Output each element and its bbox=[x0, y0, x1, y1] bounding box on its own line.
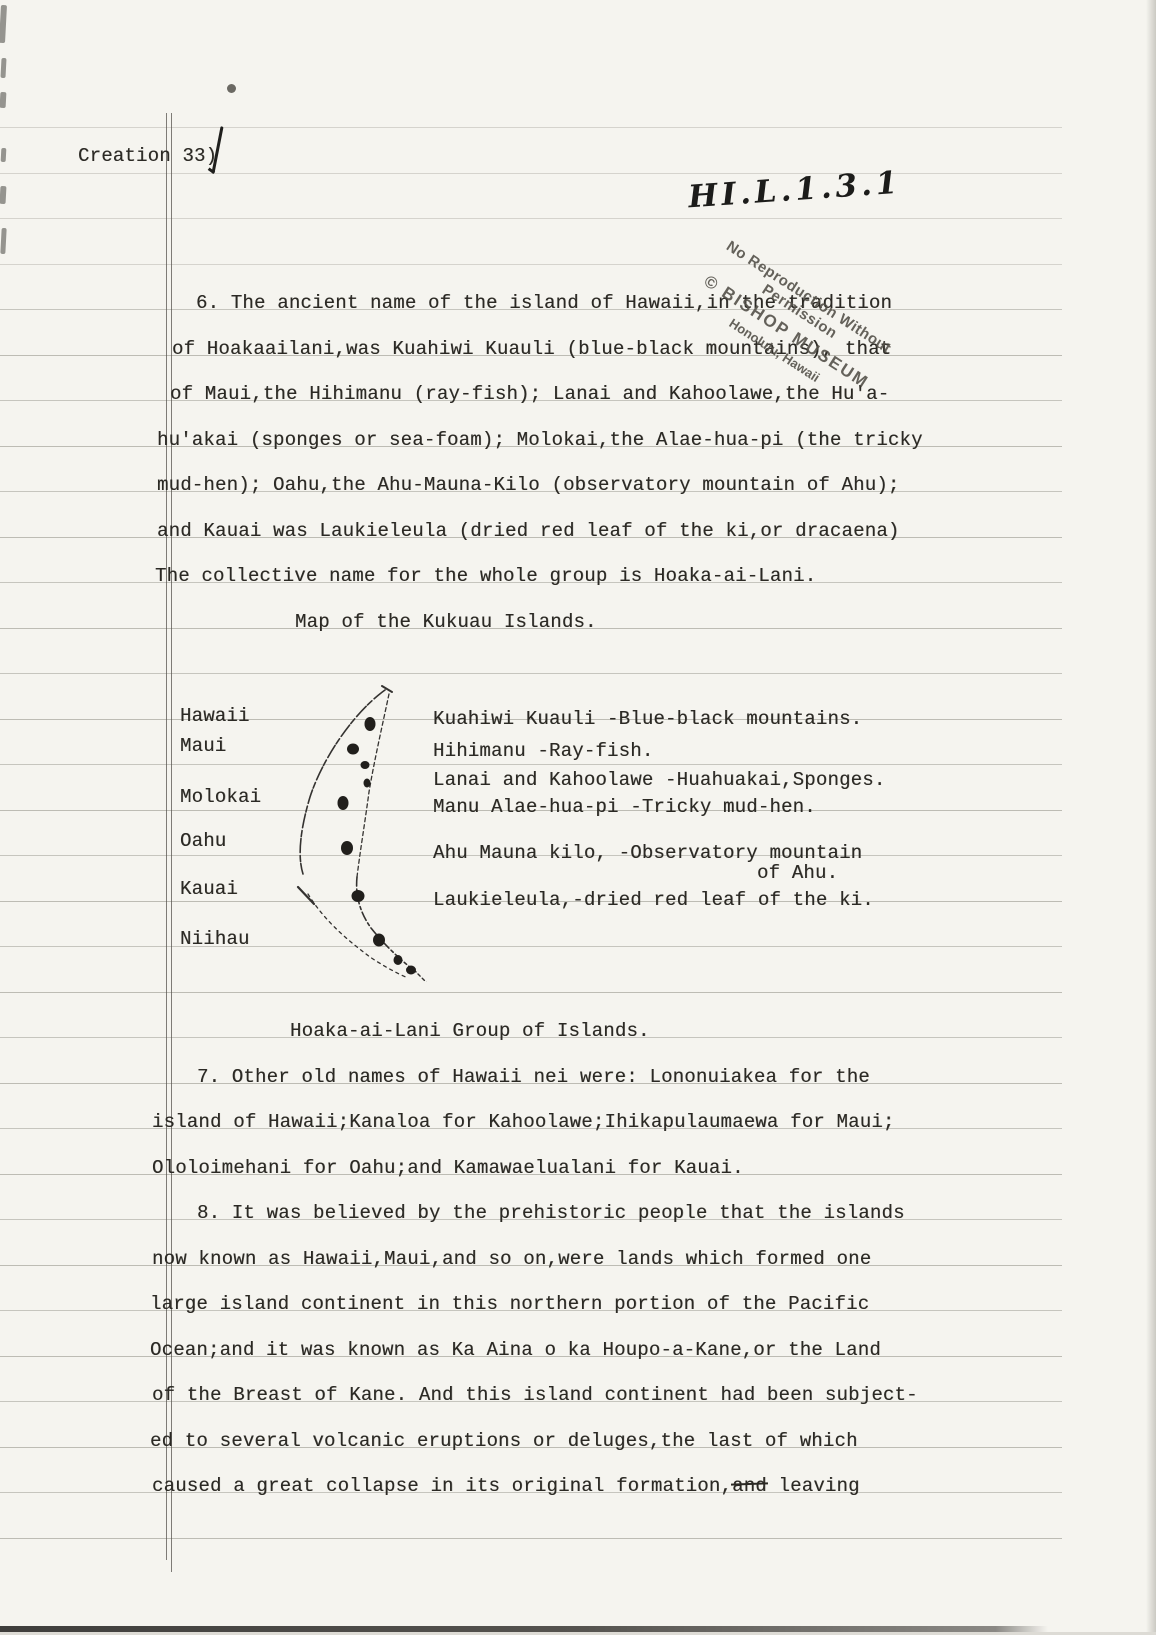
paragraph7-line: Ololoimehani for Oahu;and Kamawaelualani… bbox=[152, 1159, 744, 1178]
map-title: Map of the Kukuau Islands. bbox=[295, 613, 597, 632]
map-island-label: Niihau bbox=[180, 930, 250, 949]
map-island-label: Maui bbox=[180, 737, 226, 756]
paragraph8-line: Ocean;and it was known as Ka Aina o ka H… bbox=[150, 1341, 881, 1360]
map-island-description: of Ahu. bbox=[757, 864, 838, 883]
creation-header-label: Creation 33) bbox=[78, 147, 217, 166]
paragraph8-line: 8. It was believed by the prehistoric pe… bbox=[197, 1204, 905, 1223]
scan-dot-artifact bbox=[227, 84, 236, 93]
struck-word: and bbox=[732, 1475, 767, 1497]
map-island-description: Ahu Mauna kilo, -Observatory mountain bbox=[433, 844, 862, 863]
binding-edge-speckle bbox=[0, 186, 6, 204]
map-caption: Hoaka-ai-Lani Group of Islands. bbox=[290, 1022, 650, 1041]
map-island-description: Hihimanu -Ray-fish. bbox=[433, 742, 653, 761]
map-island-description: Manu Alae-hua-pi -Tricky mud-hen. bbox=[433, 798, 816, 817]
map-island-description: Kuahiwi Kuauli -Blue-black mountains. bbox=[433, 710, 862, 729]
paragraph8-last-line: caused a great collapse in its original … bbox=[152, 1477, 860, 1496]
island-dots bbox=[338, 717, 417, 975]
island-chain-map-drawing bbox=[270, 652, 435, 982]
page-right-edge-shadow bbox=[1146, 0, 1156, 1635]
scanned-manuscript-page: Creation 33) HI.L.1.3.1 6. The ancient n… bbox=[0, 0, 1156, 1635]
ruled-line bbox=[0, 1538, 1062, 1539]
ruled-line bbox=[0, 673, 1062, 674]
ruled-line bbox=[0, 946, 1062, 947]
paragraph6-line: of Maui,the Hihimanu (ray-fish); Lanai a… bbox=[170, 385, 889, 404]
ruled-line bbox=[0, 992, 1062, 993]
ruled-line bbox=[0, 127, 1062, 128]
paragraph6-line: The collective name for the whole group … bbox=[155, 567, 816, 586]
binding-edge-speckle bbox=[0, 58, 6, 78]
last-line-post: leaving bbox=[767, 1475, 860, 1497]
paragraph7-line: 7. Other old names of Hawaii nei were: L… bbox=[197, 1068, 870, 1087]
ruled-line bbox=[0, 764, 1062, 765]
map-island-description: Lanai and Kahoolawe -Huahuakai,Sponges. bbox=[433, 771, 885, 790]
paragraph7-line: island of Hawaii;Kanaloa for Kahoolawe;I… bbox=[152, 1113, 895, 1132]
paragraph8-line: large island continent in this northern … bbox=[150, 1295, 869, 1314]
ruled-line bbox=[0, 264, 1062, 265]
map-island-label: Hawaii bbox=[180, 707, 250, 726]
binding-edge-speckle bbox=[0, 92, 6, 108]
binding-edge-speckle bbox=[0, 5, 7, 43]
paragraph6-line: hu'akai (sponges or sea-foam); Molokai,t… bbox=[157, 431, 923, 450]
map-island-label: Kauai bbox=[180, 880, 238, 899]
ruled-line bbox=[0, 218, 1062, 219]
binding-edge-speckle bbox=[0, 228, 6, 254]
last-line-pre: caused a great collapse in its original … bbox=[152, 1475, 732, 1497]
map-island-label: Molokai bbox=[180, 788, 261, 807]
paragraph6-line: mud-hen); Oahu,the Ahu-Mauna-Kilo (obser… bbox=[157, 476, 900, 495]
ruled-line bbox=[0, 173, 1062, 174]
binding-edge-speckle bbox=[1, 148, 7, 162]
paragraph8-line: ed to several volcanic eruptions or delu… bbox=[150, 1432, 858, 1451]
paragraph8-line: now known as Hawaii,Maui,and so on,were … bbox=[152, 1250, 871, 1269]
map-island-label: Oahu bbox=[180, 832, 226, 851]
paragraph8-line: of the Breast of Kane. And this island c… bbox=[152, 1386, 918, 1405]
paragraph6-line: and Kauai was Laukieleula (dried red lea… bbox=[157, 522, 900, 541]
map-island-description: Laukieleula,-dried red leaf of the ki. bbox=[433, 891, 874, 910]
